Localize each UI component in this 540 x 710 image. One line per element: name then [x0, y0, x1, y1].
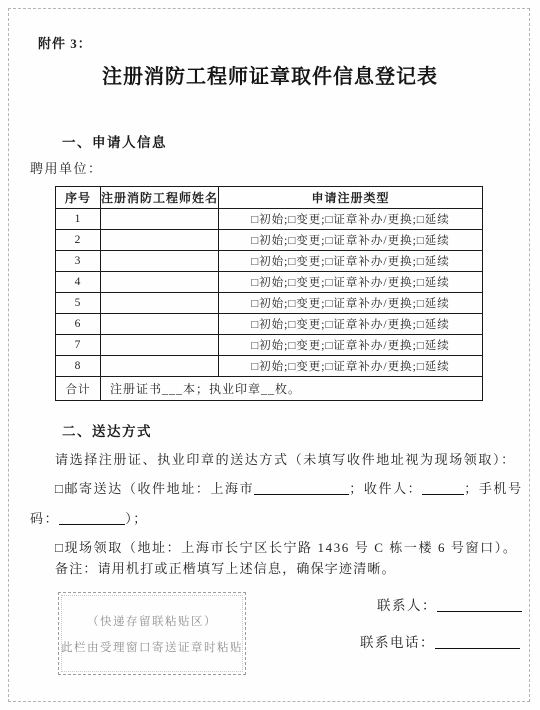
header-engineer-name: 注册消防工程师姓名: [101, 187, 219, 209]
mail-address-blank: [254, 482, 349, 495]
row-name-cell: [101, 230, 219, 251]
delivery-intro-text: 请选择注册证、执业印章的送达方式（未填写收件地址视为现场领取）：: [55, 449, 516, 468]
row-reg-type-options: □初始;□变更;□证章补办/更换;□延续: [219, 230, 483, 251]
delivery-pickup-option: □现场领取（地址：上海市长宁区长宁路 1436 号 C 栋一楼 6 号窗口）。: [55, 537, 517, 556]
row-num: 3: [56, 251, 101, 272]
row-name-cell: [101, 314, 219, 335]
header-reg-type: 申请注册类型: [219, 187, 483, 209]
delivery-mail-option-line2: 码：）；: [30, 508, 148, 527]
row-num: 6: [56, 314, 101, 335]
employer-label: 聘用单位：: [30, 158, 103, 177]
row-reg-type-options: □初始;□变更;□证章补办/更换;□延续: [219, 314, 483, 335]
mail-phone-blank: [59, 512, 125, 525]
row-reg-type-options: □初始;□变更;□证章补办/更换;□延续: [219, 356, 483, 377]
table-total-row: 合计 注册证书___本；执业印章__枚。: [56, 377, 483, 401]
contact-person-label: 联系人：: [377, 598, 437, 613]
delivery-note-text: 备注：请用机打或正楷填写上述信息，确保字迹清晰。: [55, 558, 396, 577]
courier-receipt-paste-box: （快递存留联粘贴区） 此栏由受理窗口寄送证章时粘贴: [58, 592, 246, 675]
row-reg-type-options: □初始;□变更;□证章补办/更换;□延续: [219, 293, 483, 314]
header-seq: 序号: [56, 187, 101, 209]
table-row: 2 □初始;□变更;□证章补办/更换;□延续: [56, 230, 483, 251]
row-num: 5: [56, 293, 101, 314]
paste-box-title: （快递存留联粘贴区）: [87, 613, 217, 629]
row-num: 1: [56, 209, 101, 230]
attachment-label: 附件 3：: [38, 33, 92, 52]
contact-person-blank: [437, 599, 522, 612]
table-header-row: 序号 注册消防工程师姓名 申请注册类型: [56, 187, 483, 209]
mail-phone-label: 码：: [30, 511, 59, 526]
row-reg-type-options: □初始;□变更;□证章补办/更换;□延续: [219, 272, 483, 293]
row-name-cell: [101, 209, 219, 230]
row-name-cell: [101, 272, 219, 293]
contact-person-row: 联系人：: [377, 594, 522, 614]
table-row: 7 □初始;□变更;□证章补办/更换;□延续: [56, 335, 483, 356]
registration-table: 序号 注册消防工程师姓名 申请注册类型 1 □初始;□变更;□证章补办/更换;□…: [55, 186, 483, 401]
document-title: 注册消防工程师证章取件信息登记表: [0, 60, 540, 89]
row-name-cell: [101, 293, 219, 314]
table-row: 6 □初始;□变更;□证章补办/更换;□延续: [56, 314, 483, 335]
mail-option-prefix: □邮寄送达（收件地址：上海市: [55, 481, 254, 496]
mail-option-suffix: ；手机号: [464, 481, 522, 496]
mail-option-mid: ；收件人：: [349, 481, 422, 496]
row-num: 2: [56, 230, 101, 251]
row-name-cell: [101, 356, 219, 377]
paste-box-instruction: 此栏由受理窗口寄送证章时粘贴: [61, 639, 243, 655]
document-page: 附件 3： 注册消防工程师证章取件信息登记表 一、申请人信息 聘用单位： 序号 …: [0, 0, 540, 710]
table-row: 4 □初始;□变更;□证章补办/更换;□延续: [56, 272, 483, 293]
row-reg-type-options: □初始;□变更;□证章补办/更换;□延续: [219, 209, 483, 230]
table-row: 1 □初始;□变更;□证章补办/更换;□延续: [56, 209, 483, 230]
row-name-cell: [101, 251, 219, 272]
row-num: 7: [56, 335, 101, 356]
row-reg-type-options: □初始;□变更;□证章补办/更换;□延续: [219, 335, 483, 356]
row-name-cell: [101, 335, 219, 356]
row-num: 8: [56, 356, 101, 377]
row-reg-type-options: □初始;□变更;□证章补办/更换;□延续: [219, 251, 483, 272]
contact-phone-row: 联系电话：: [360, 631, 520, 651]
table-row: 3 □初始;□变更;□证章补办/更换;□延续: [56, 251, 483, 272]
table-row: 5 □初始;□变更;□证章补办/更换;□延续: [56, 293, 483, 314]
section-delivery-heading: 二、送达方式: [62, 420, 152, 440]
total-label: 合计: [56, 377, 101, 401]
row-num: 4: [56, 272, 101, 293]
mail-option-close: ）；: [125, 511, 148, 526]
section-applicant-heading: 一、申请人信息: [62, 131, 167, 151]
total-counts-text: 注册证书___本；执业印章__枚。: [101, 377, 483, 401]
table-row: 8 □初始;□变更;□证章补办/更换;□延续: [56, 356, 483, 377]
contact-phone-blank: [435, 636, 520, 649]
contact-phone-label: 联系电话：: [360, 635, 435, 650]
mail-recipient-blank: [422, 482, 464, 495]
delivery-mail-option-line1: □邮寄送达（收件地址：上海市；收件人：；手机号: [55, 478, 523, 497]
